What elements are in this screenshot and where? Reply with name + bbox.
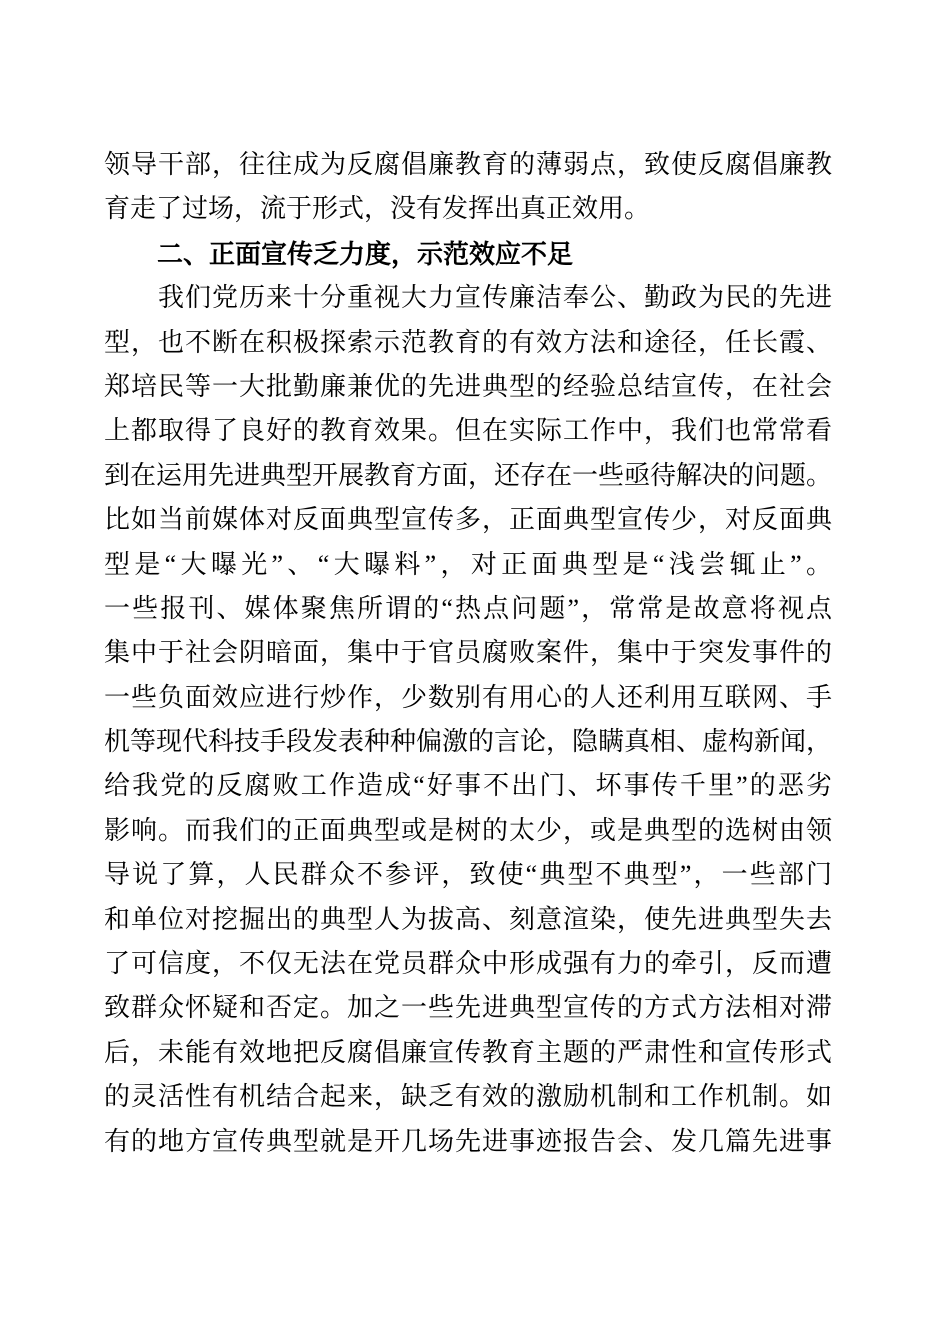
text-line: 了可信度，不仅无法在党员群众中形成强有力的牵引，反而遭: [104, 942, 832, 986]
text-line: 一些负面效应进行炒作，少数别有用心的人还利用互联网、手: [104, 676, 832, 720]
text-line: 领导干部，往往成为反腐倡廉教育的薄弱点，致使反腐倡廉教: [104, 143, 832, 187]
text-line: 上都取得了良好的教育效果。但在实际工作中，我们也常常看: [104, 409, 832, 453]
text-line: 一些报刊、媒体聚焦所谓的“热点问题”，常常是故意将视点: [104, 587, 832, 631]
document-text: 领导干部，往往成为反腐倡廉教育的薄弱点，致使反腐倡廉教 育走了过场，流于形式，没…: [104, 143, 832, 1164]
text-line: 到在运用先进典型开展教育方面，还存在一些亟待解决的问题。: [104, 454, 832, 498]
text-line: 致群众怀疑和否定。加之一些先进典型宣传的方式方法相对滞: [104, 986, 832, 1030]
text-line: 导说了算，人民群众不参评，致使“典型不典型”，一些部门: [104, 853, 832, 897]
section-heading: 二、正面宣传乏力度，示范效应不足: [104, 232, 832, 276]
text-line: 和单位对挖掘出的典型人为拔高、刻意渲染，使先进典型失去: [104, 898, 832, 942]
text-line: 后，未能有效地把反腐倡廉宣传教育主题的严肃性和宣传形式: [104, 1031, 832, 1075]
document-page: 领导干部，往往成为反腐倡廉教育的薄弱点，致使反腐倡廉教 育走了过场，流于形式，没…: [0, 0, 950, 1344]
text-line: 我们党历来十分重视大力宣传廉洁奉公、勤政为民的先进典: [104, 276, 832, 320]
text-line: 集中于社会阴暗面，集中于官员腐败案件，集中于突发事件的: [104, 631, 832, 675]
text-line: 育走了过场，流于形式，没有发挥出真正效用。: [104, 187, 832, 231]
text-line: 的灵活性有机结合起来，缺乏有效的激励机制和工作机制。如: [104, 1075, 832, 1119]
text-line: 有的地方宣传典型就是开几场先进事迹报告会、发几篇先进事: [104, 1120, 832, 1164]
text-line: 型是“大曝光”、“大曝料”，对正面典型是“浅尝辄止”。: [104, 543, 832, 587]
text-line: 郑培民等一大批勤廉兼优的先进典型的经验总结宣传，在社会: [104, 365, 832, 409]
text-line: 型，也不断在积极探索示范教育的有效方法和途径，任长霞、: [104, 321, 832, 365]
text-line: 比如当前媒体对反面典型宣传多，正面典型宣传少，对反面典: [104, 498, 832, 542]
text-line: 影响。而我们的正面典型或是树的太少，或是典型的选树由领: [104, 809, 832, 853]
text-line: 机等现代科技手段发表种种偏激的言论，隐瞒真相、虚构新闻，: [104, 720, 832, 764]
text-line: 给我党的反腐败工作造成“好事不出门、坏事传千里”的恶劣: [104, 764, 832, 808]
